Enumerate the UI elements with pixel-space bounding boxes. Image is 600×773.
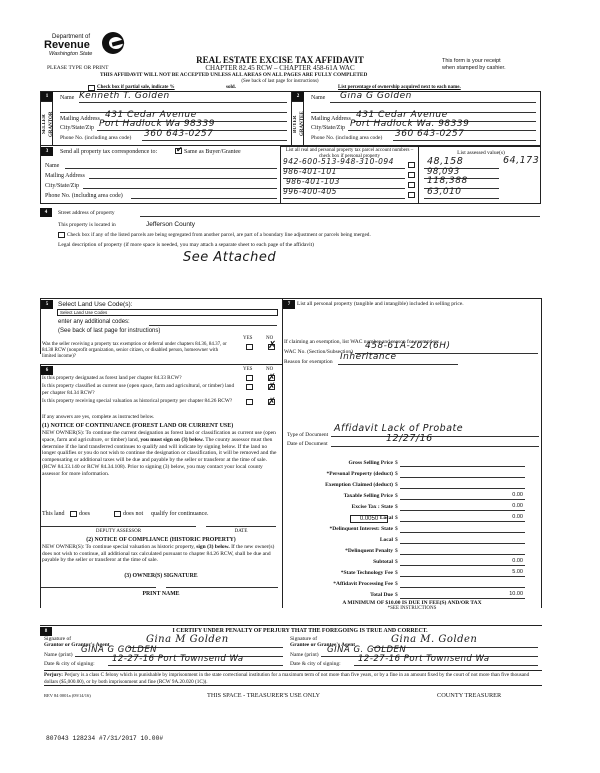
fee-label: Gross Selling Price <box>348 460 393 466</box>
fee-row: Local $ <box>283 537 541 547</box>
deputy-assessor-label: DEPUTY ASSESSOR <box>41 529 196 534</box>
does-label: does <box>79 511 90 517</box>
receipt-note-1: This form is your receipt <box>442 58 501 64</box>
dollar-sign: $ <box>395 515 398 521</box>
seller-grantor-label: SELLER GRANTOR <box>41 104 53 144</box>
section-number: 1 <box>41 92 53 101</box>
seller-side-tab: SELLER GRANTOR <box>41 101 53 146</box>
form-revision: REV 84 0001a (09/14/16) <box>44 693 91 698</box>
fee-label: Excise Tax : State <box>352 504 393 510</box>
forest-land-question: Is this property designated as forest la… <box>42 375 237 382</box>
section-number: 3 <box>41 147 53 156</box>
dollar-sign: $ <box>395 559 398 565</box>
grantor-date-label: Date & city of signing: <box>44 661 95 667</box>
forest-yes-checkbox[interactable] <box>246 375 253 381</box>
grantee-name-label: Name (print) <box>290 652 319 658</box>
deputy-assessor-signature-line[interactable] <box>41 521 196 527</box>
assessed-value-extra: 64,173 <box>503 155 539 166</box>
street-address-label: Street address of property <box>58 210 115 216</box>
assessed-value: 48,158 <box>427 156 463 167</box>
parcel-number-value: 996-400-405 <box>283 187 337 196</box>
qualify-label: qualify for continuance. <box>151 511 208 517</box>
fee-label: Total Due <box>370 592 393 598</box>
seller-name-value: Kenneth T. Golden <box>79 91 170 101</box>
land-use-select-value: Select Land Use Codes <box>60 310 107 315</box>
owner-signature-line[interactable] <box>41 580 156 588</box>
x-mark-icon: ✗ <box>268 397 276 406</box>
notice-compliance-title: (2) NOTICE OF COMPLIANCE (HISTORIC PROPE… <box>41 537 281 543</box>
seller-city-label: City/State/Zip <box>60 125 94 131</box>
print-name-label: PRINT NAME <box>41 591 281 597</box>
located-in-label: This property is located in <box>58 222 116 228</box>
fee-value-field[interactable]: 0.00 <box>400 493 525 500</box>
grantor-signature-value: Gina M Golden <box>146 634 229 645</box>
section-number: 8 <box>40 627 52 636</box>
fee-value: 0.00 <box>512 514 523 520</box>
section-correspondence: 3 Send all property tax correspondence t… <box>40 146 280 204</box>
corr-phone-field[interactable] <box>131 190 277 199</box>
fee-value-field[interactable] <box>400 482 525 489</box>
fee-row: *Delinquent Penalty $ <box>283 548 541 558</box>
seller-phone-value: 360 643-0257 <box>144 129 213 139</box>
notice-text: NEW OWNER(S): To continue special valuat… <box>42 544 195 550</box>
land-use-label: Select Land Use Code(s): <box>58 301 132 308</box>
personal-property-checkbox[interactable] <box>408 182 415 188</box>
sold-label: sold. <box>226 85 236 90</box>
notice-compliance-body: NEW OWNER(S): To continue special valuat… <box>42 544 280 564</box>
send-correspondence-label: Send all property tax correspondence to: <box>60 149 157 155</box>
dor-logo-icon <box>102 32 124 54</box>
additional-codes-field[interactable] <box>149 319 277 326</box>
assessed-value: 118,388 <box>427 176 468 186</box>
fee-label: *Personal Property (deduct) <box>327 471 394 477</box>
buyer-city-value: Port Hadlock Wa. 98339 <box>350 119 469 129</box>
parcel-number-value: 986-401-103 <box>286 177 340 186</box>
corr-city-field[interactable] <box>83 180 277 189</box>
section-seller: 1 SELLER GRANTOR Name Kenneth T. Golden … <box>40 91 292 146</box>
grantee-date-field[interactable]: 12-27-16 Port Townsend Wa <box>354 657 538 666</box>
please-type-label: PLEASE TYPE OR PRINT <box>47 65 108 71</box>
section-land-use: 5 Select Land Use Code(s): Select Land U… <box>40 298 282 354</box>
dollar-sign: $ <box>395 482 398 488</box>
section-number: 5 <box>41 300 53 309</box>
legal-description-value[interactable]: See Attached <box>183 250 276 265</box>
segregated-checkbox[interactable] <box>58 232 65 238</box>
form-chapter: CHAPTER 82.45 RCW – CHAPTER 458-61A WAC <box>170 64 390 72</box>
doc-date-value: 12/27/16 <box>386 433 433 444</box>
fee-row: Exemption Claimed (deduct) $ <box>283 482 541 492</box>
buyer-side-tab: BUYER GRANTEE <box>292 101 304 146</box>
partial-sale-label: Check box if partial sale, indicate % <box>97 85 175 90</box>
historical-question: Is this property receiving special valua… <box>42 398 237 405</box>
buyer-phone-field[interactable]: 360 643-0257 <box>393 132 536 141</box>
historical-yes-checkbox[interactable] <box>246 399 253 405</box>
seller-phone-label: Phone No. (including area code) <box>60 135 131 141</box>
x-mark-icon: ✗ <box>268 382 276 391</box>
grantee-date-value: 12-27-16 Port Townsend Wa <box>358 654 490 664</box>
logo-text-revenue: Revenue <box>44 40 90 51</box>
fee-label: Local <box>380 515 393 521</box>
doc-date-field[interactable]: 12/27/16 <box>331 437 539 447</box>
seller-name-field[interactable]: Kenneth T. Golden <box>79 94 287 103</box>
fee-row: *State Technology Fee $ 5.00 <box>283 570 541 580</box>
dollar-sign: $ <box>395 460 398 466</box>
yes-header: YES <box>243 367 252 372</box>
legal-description-label: Legal description of property (if more s… <box>58 242 314 248</box>
seller-city-value: Port Hadlock Wa 98339 <box>99 119 215 129</box>
section-certification: 8 I CERTIFY UNDER PENALTY OF PERJURY THA… <box>40 625 542 667</box>
reason-label: Reason for exemption <box>284 359 333 365</box>
fee-label: *Affidavit Processing Fee <box>333 581 393 587</box>
additional-codes-label: enter any additional codes: <box>58 319 130 325</box>
land-use-select[interactable]: Select Land Use Codes <box>57 309 278 316</box>
fee-value: 0.00 <box>512 503 523 509</box>
fee-row: Excise Tax : State $ 0.00 <box>283 504 541 514</box>
seller-mailing-label: Mailing Address <box>60 116 100 122</box>
dollar-sign: $ <box>395 570 398 576</box>
personal-property-checkbox[interactable] <box>408 192 415 198</box>
dollar-sign: $ <box>395 581 398 587</box>
grantor-date-field[interactable]: 12-27-16 Port Townsend Wa <box>108 657 283 666</box>
fee-value-field[interactable]: 10.00 <box>400 592 525 599</box>
if-yes-note: If any answers are yes, complete as inst… <box>42 414 154 420</box>
corr-name-field[interactable] <box>65 160 277 169</box>
fee-value: 0.00 <box>512 558 523 564</box>
wac-value: 458-61A-202(6H) <box>365 341 450 351</box>
completion-warning: THIS AFFIDAVIT WILL NOT BE ACCEPTED UNLE… <box>100 72 367 78</box>
dollar-sign: $ <box>395 504 398 510</box>
yes-header: YES <box>243 336 252 341</box>
buyer-grantee-label: BUYER GRANTEE <box>292 104 304 144</box>
fee-row: Taxable Selling Price $ 0.00 <box>283 493 541 503</box>
perjury-notice: Perjury: Perjury is a class C felony whi… <box>44 670 542 686</box>
owner-print-line[interactable] <box>166 580 278 588</box>
fee-row: Subtotal $ 0.00 <box>283 559 541 569</box>
dor-logo: Department of Revenue Washington State <box>42 30 132 60</box>
historical-no-checkbox[interactable]: ✗ <box>268 399 275 405</box>
section-designations: 6 YES NO Is this property designated as … <box>40 364 282 608</box>
fee-value-field[interactable] <box>400 548 525 555</box>
receipt-note-2: when stamped by cashier. <box>442 65 506 71</box>
seller-name-label: Name <box>60 95 74 101</box>
county-value: Jefferson County <box>146 221 195 228</box>
parcel-number-value: 942-600-513-948-310-094 <box>283 157 394 166</box>
land-use-see-back: (See back of last page for instructions) <box>58 328 160 334</box>
dollar-sign: $ <box>395 471 398 477</box>
same-as-buyer-label: Same as Buyer/Grantee <box>184 149 241 155</box>
notice-text: The county assessor must then determine … <box>42 437 276 477</box>
fee-row: *Affidavit Processing Fee $ <box>283 581 541 591</box>
corr-mailing-label: Mailing Address <box>45 173 85 179</box>
perjury-text: Perjury is a class C felony which is pun… <box>44 672 529 685</box>
county-treasurer-label: COUNTY TREASURER <box>437 692 501 699</box>
parcel-number-value: 986-401-101 <box>283 167 337 176</box>
x-mark-icon: ✗ <box>268 341 276 351</box>
doc-type-field[interactable]: Affidavit Lack of Probate <box>331 426 539 437</box>
buyer-phone-value: 360 643-0257 <box>395 129 464 139</box>
fee-value-field[interactable] <box>400 537 525 544</box>
doc-date-label: Date of Document <box>287 441 328 447</box>
deputy-date-label: DATE <box>206 529 276 534</box>
fee-row: *Personal Property (deduct) $ <box>283 471 541 481</box>
same-as-buyer-checkbox[interactable]: ✔ <box>175 148 182 154</box>
dollar-sign: $ <box>395 592 398 598</box>
current-use-question: Is this property classified as current u… <box>42 383 237 396</box>
parcel-divider <box>418 147 419 204</box>
fee-value-field[interactable] <box>400 581 525 588</box>
parcel-table: List all real and personal property tax … <box>280 146 541 204</box>
fee-label: Subtotal <box>373 559 393 565</box>
dollar-sign: $ <box>395 526 398 532</box>
treasurer-use-label: THIS SPACE - TREASURER'S USE ONLY <box>207 692 320 699</box>
assessed-value: 63,010 <box>427 187 462 197</box>
street-address-field[interactable] <box>140 208 540 217</box>
exemption-no-checkbox[interactable]: ✗ <box>268 344 275 350</box>
fee-label: Taxable Selling Price <box>344 493 393 499</box>
current-use-no-checkbox[interactable]: ✗ <box>268 384 275 390</box>
see-instructions-note: *SEE INSTRUCTIONS <box>282 606 542 611</box>
current-use-yes-checkbox[interactable] <box>246 384 253 390</box>
reason-field[interactable]: Inheritance <box>338 355 458 365</box>
buyer-phone-label: Phone No. (including area code) <box>311 135 382 141</box>
grantor-name-label: Name (print) <box>44 652 73 658</box>
fee-row: Local $ 0.00 <box>283 515 541 525</box>
buyer-name-value: Gina G Golden <box>340 91 412 101</box>
fee-label: Exemption Claimed (deduct) <box>325 482 393 488</box>
section-number: 4 <box>40 208 52 217</box>
fee-value-field[interactable] <box>400 526 525 533</box>
see-back-note: (See back of last page for instructions) <box>215 79 345 84</box>
owner-signature-label: (3) OWNER(S) SIGNATURE <box>41 573 281 579</box>
dollar-sign: $ <box>395 537 398 543</box>
corr-city-label: City/State/Zip <box>45 183 79 189</box>
ownership-note: List percentage of ownership acquired ne… <box>338 85 461 90</box>
fee-value-field[interactable] <box>400 471 525 478</box>
section-fees: 7 List all personal property (tangible a… <box>282 298 542 608</box>
fee-value: 5.00 <box>512 569 523 575</box>
exemption-yes-checkbox[interactable] <box>246 344 253 350</box>
fee-value: 0.00 <box>512 492 523 498</box>
fee-label: *Delinquent Interest: State <box>330 526 393 532</box>
checkmark-icon: ✔ <box>176 146 183 154</box>
notice-text-bold: you must sign on (3) below. <box>140 437 204 443</box>
corr-phone-label: Phone No. (including area code) <box>45 193 123 199</box>
fee-value-field[interactable]: 0.00 <box>400 559 525 566</box>
parcel-number-field[interactable]: 996-400-405 <box>283 189 405 199</box>
fee-label: Local <box>380 537 393 543</box>
section-buyer: 2 BUYER GRANTEE Name Gina G Golden Maili… <box>291 91 541 146</box>
fee-value-field[interactable]: 0.00 <box>400 504 525 511</box>
dollar-sign: $ <box>395 493 398 499</box>
fee-value-field[interactable]: 0.00 <box>400 515 525 522</box>
doc-type-label: Type of Document <box>287 432 328 438</box>
personal-property-label: List all personal property (tangible and… <box>297 301 517 308</box>
grantor-date-value: 12-27-16 Port Townsend Wa <box>112 654 244 664</box>
does-qualify-checkbox[interactable] <box>70 511 77 517</box>
buyer-name-field[interactable]: Gina G Golden <box>330 94 536 103</box>
perjury-label: Perjury: <box>44 672 63 678</box>
notice-continuance-body: NEW OWNER(S): To continue the current de… <box>42 430 280 478</box>
treasurer-stamp: 807043 128234 #7/31/2017 10.00# <box>46 735 163 742</box>
seller-phone-field[interactable]: 360 643-0257 <box>142 132 287 141</box>
this-land-label: This land <box>42 511 65 517</box>
personal-property-checkbox[interactable] <box>408 162 415 168</box>
fee-row: *Delinquent Interest: State $ <box>283 526 541 536</box>
notice-continuance-title: (1) NOTICE OF CONTINUANCE (FOREST LAND O… <box>42 423 233 429</box>
exemption-question: Was the seller receiving a property tax … <box>42 342 232 360</box>
segregated-note: Check box if any of the listed parcels a… <box>67 232 371 238</box>
section-number: 6 <box>41 366 53 375</box>
logo-text-wa: Washington State <box>49 51 92 57</box>
dollar-sign: $ <box>395 548 398 554</box>
does-not-label: does not <box>123 511 143 517</box>
does-not-qualify-checkbox[interactable] <box>114 511 121 517</box>
buyer-city-label: City/State/Zip <box>311 125 345 131</box>
grantee-date-label: Date & city of signing: <box>290 661 341 667</box>
deputy-date-line[interactable] <box>206 521 276 527</box>
fee-label: *State Technology Fee <box>341 570 393 576</box>
fee-row: Gross Selling Price $ <box>283 460 541 470</box>
assessed-value-field[interactable]: 63,010 <box>424 189 499 199</box>
notice-text-bold: sign (3) below. <box>196 544 229 550</box>
fee-value: 10.00 <box>509 591 523 597</box>
section-number: 2 <box>292 92 304 101</box>
fee-value-field[interactable]: 5.00 <box>400 570 525 577</box>
buyer-name-label: Name <box>311 95 325 101</box>
buyer-mailing-label: Mailing Address <box>311 116 351 122</box>
corr-name-label: Name <box>45 163 59 169</box>
grantee-signature-value: Gina M. Golden <box>391 634 477 645</box>
personal-property-checkbox[interactable] <box>408 172 415 178</box>
reason-value: Inheritance <box>340 352 397 362</box>
fee-label: *Delinquent Penalty <box>345 548 393 554</box>
corr-mailing-field[interactable] <box>89 170 277 179</box>
fee-value-field[interactable] <box>400 460 525 467</box>
section-number: 7 <box>283 300 295 309</box>
